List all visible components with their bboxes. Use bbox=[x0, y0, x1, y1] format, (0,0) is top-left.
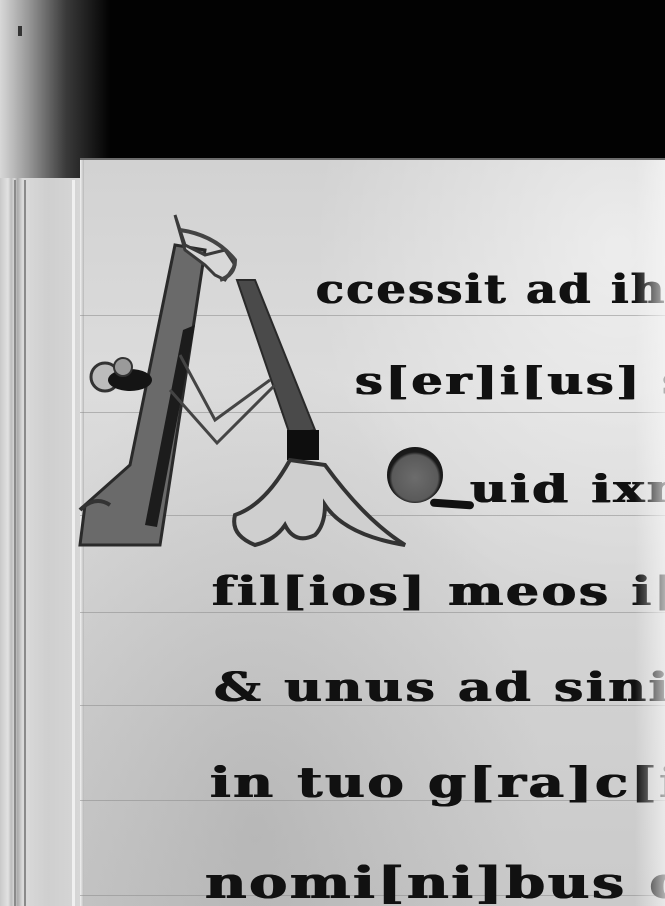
manuscript-photo: ccessit ad ih s[er]i[us] sur[g]s . c uid… bbox=[0, 0, 665, 906]
edge-mark bbox=[18, 26, 22, 36]
stacked-page-edges bbox=[0, 178, 80, 906]
script-line-2: s[er]i[us] sur[g]s . c bbox=[355, 362, 665, 400]
script-line-7: nomi[ni]bus de bbox=[205, 862, 665, 906]
script-line-4: fil[ios] meos i[n] duo bbox=[212, 572, 665, 612]
page-edge-line bbox=[24, 180, 26, 906]
script-line-5: & unus ad sinist bbox=[214, 668, 665, 708]
right-edge-highlight bbox=[635, 160, 665, 906]
script-line-1: ccessit ad ih bbox=[316, 270, 665, 310]
script-line-6: in tuo g[ra]c[i]a d[omi]n[u]s bbox=[210, 762, 665, 804]
initial-q bbox=[387, 447, 443, 503]
page-edge-line bbox=[14, 180, 16, 906]
